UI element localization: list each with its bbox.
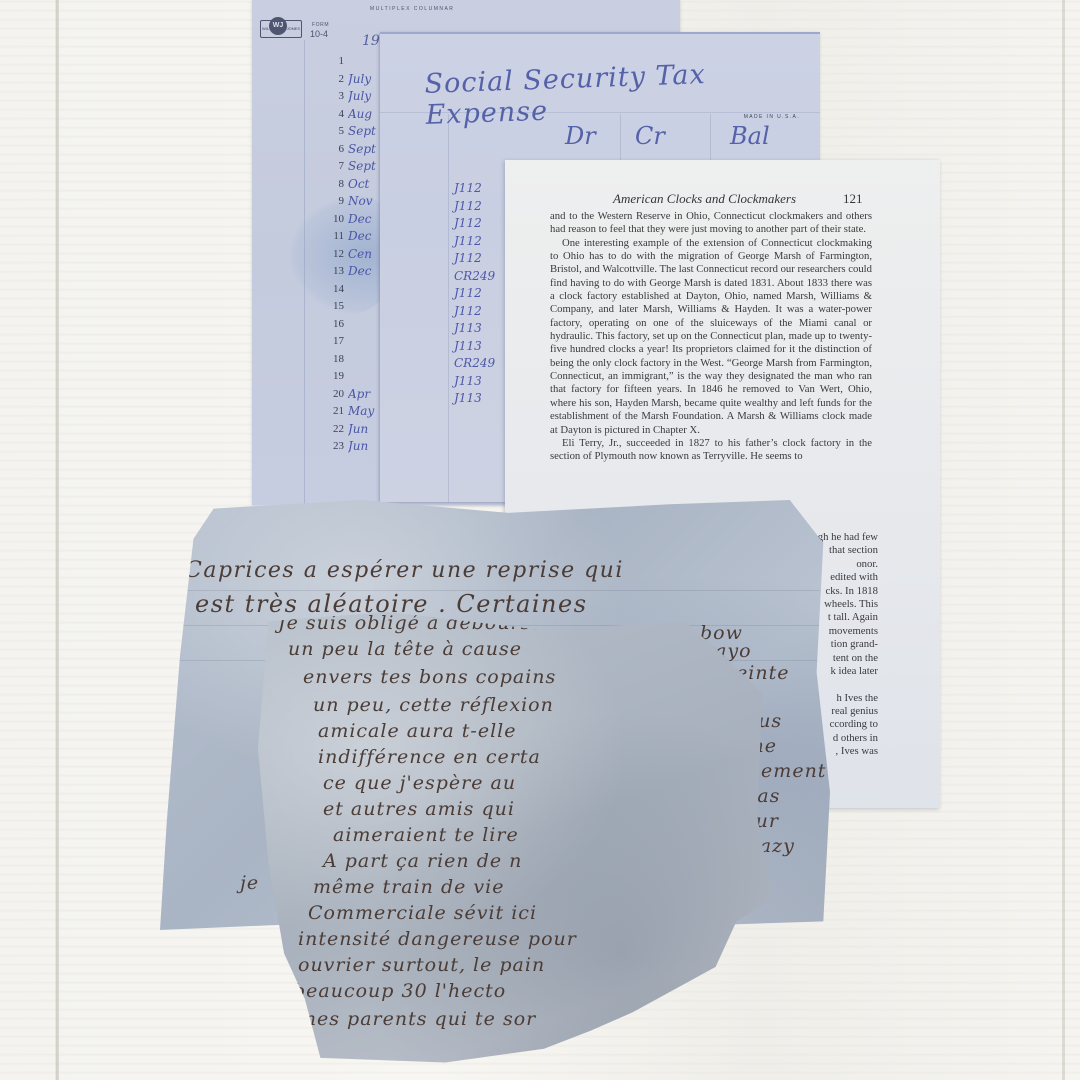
row-number: 11 [322,228,344,246]
letter-line: Commerciale sévit ici [308,902,537,924]
text-fragment: tent on the [808,652,878,665]
journal-entry: J112 [454,233,495,251]
column-bal: Bal [730,122,770,150]
letter-line: je [240,872,259,894]
journal-entry: J112 [454,303,495,321]
row-number: 23 [322,438,344,456]
letter-line: ce que j'espère au [323,772,516,794]
row-number: 17 [322,333,344,351]
header-rule [380,112,820,113]
row-number: 3 [322,88,344,106]
journal-entries: J112J112J112J112J112CR249J112J112J113J11… [454,180,495,408]
logo-right-text: JONES [287,21,300,36]
letter-line: un peu, cette réflexion [313,694,554,716]
text-fragment: tion grand- [808,638,878,651]
row-number: 5 [322,123,344,141]
column-rule [448,114,449,502]
form-number: 10-4 [310,29,328,39]
letter-line: envers tes bons copains [303,666,556,688]
board-seam [56,0,59,1080]
journal-entry: J112 [454,285,495,303]
letter-line: Caprices a espérer une reprise qui [185,558,624,583]
letter-line: indifférence en certa [318,746,541,768]
board-seam [1062,0,1065,1080]
form-label: FORM [312,22,329,28]
row-number: 10 [322,211,344,229]
journal-entry: J113 [454,373,495,391]
row-number-column: 1234567891011121314151617181920212223 [322,53,344,456]
row-number: 8 [322,176,344,194]
letter-line: mes parents qui te sor [298,1008,536,1030]
text-fragment: k idea later [808,665,878,678]
row-number: 2 [322,71,344,89]
paragraph: One interesting example of the extension… [550,237,872,437]
row-number: 4 [322,106,344,124]
row-number: 13 [322,263,344,281]
column-dr: Dr [565,122,596,150]
row-number: 12 [322,246,344,264]
row-number: 14 [322,281,344,299]
row-number: 16 [322,316,344,334]
letter-line: intensité dangereuse pour [298,928,577,950]
journal-entry: J112 [454,250,495,268]
row-number: 20 [322,386,344,404]
logo-emblem: WJ [269,17,287,35]
ledger-header: MULTIPLEX COLUMNAR [370,6,454,12]
letter-line: beaucoup 30 l'hecto [293,980,506,1002]
row-number: 18 [322,351,344,369]
letter-line: et autres amis qui [323,798,515,820]
letter-line: A part ça rien de n [323,850,522,872]
journal-entry: CR249 [454,268,495,286]
letter-line: aimeraient te lire [333,824,519,846]
row-number: 1 [322,53,344,71]
row-number: 7 [322,158,344,176]
journal-entry: J113 [454,338,495,356]
paragraph: and to the Western Reserve in Ohio, Conn… [550,210,872,237]
paragraph: Eli Terry, Jr., succeeded in 1827 to his… [550,437,872,464]
column-cr: Cr [635,122,665,150]
row-number: 19 [322,368,344,386]
letter-line: amicale aura t-elle [318,720,516,742]
row-number: 15 [322,298,344,316]
page-number: 121 [843,191,863,207]
journal-entry: J112 [454,215,495,233]
journal-entry: J113 [454,390,495,408]
book-body-text: and to the Western Reserve in Ohio, Conn… [550,210,872,464]
journal-entry: J112 [454,180,495,198]
journal-entry: J112 [454,198,495,216]
row-number: 22 [322,421,344,439]
journal-entry: J113 [454,320,495,338]
letter-line: ouvrier surtout, le pain [298,954,545,976]
letter-line: même train de vie [313,876,504,898]
year-handwritten: 19 [362,33,380,49]
running-head-title: American Clocks and Clockmakers [613,191,796,207]
letter-line: un peu la tête à cause [288,638,522,660]
made-in-usa: MADE IN U.S.A. [744,114,800,120]
journal-entry: CR249 [454,355,495,373]
row-number: 9 [322,193,344,211]
row-number: 6 [322,141,344,159]
row-number: 21 [322,403,344,421]
